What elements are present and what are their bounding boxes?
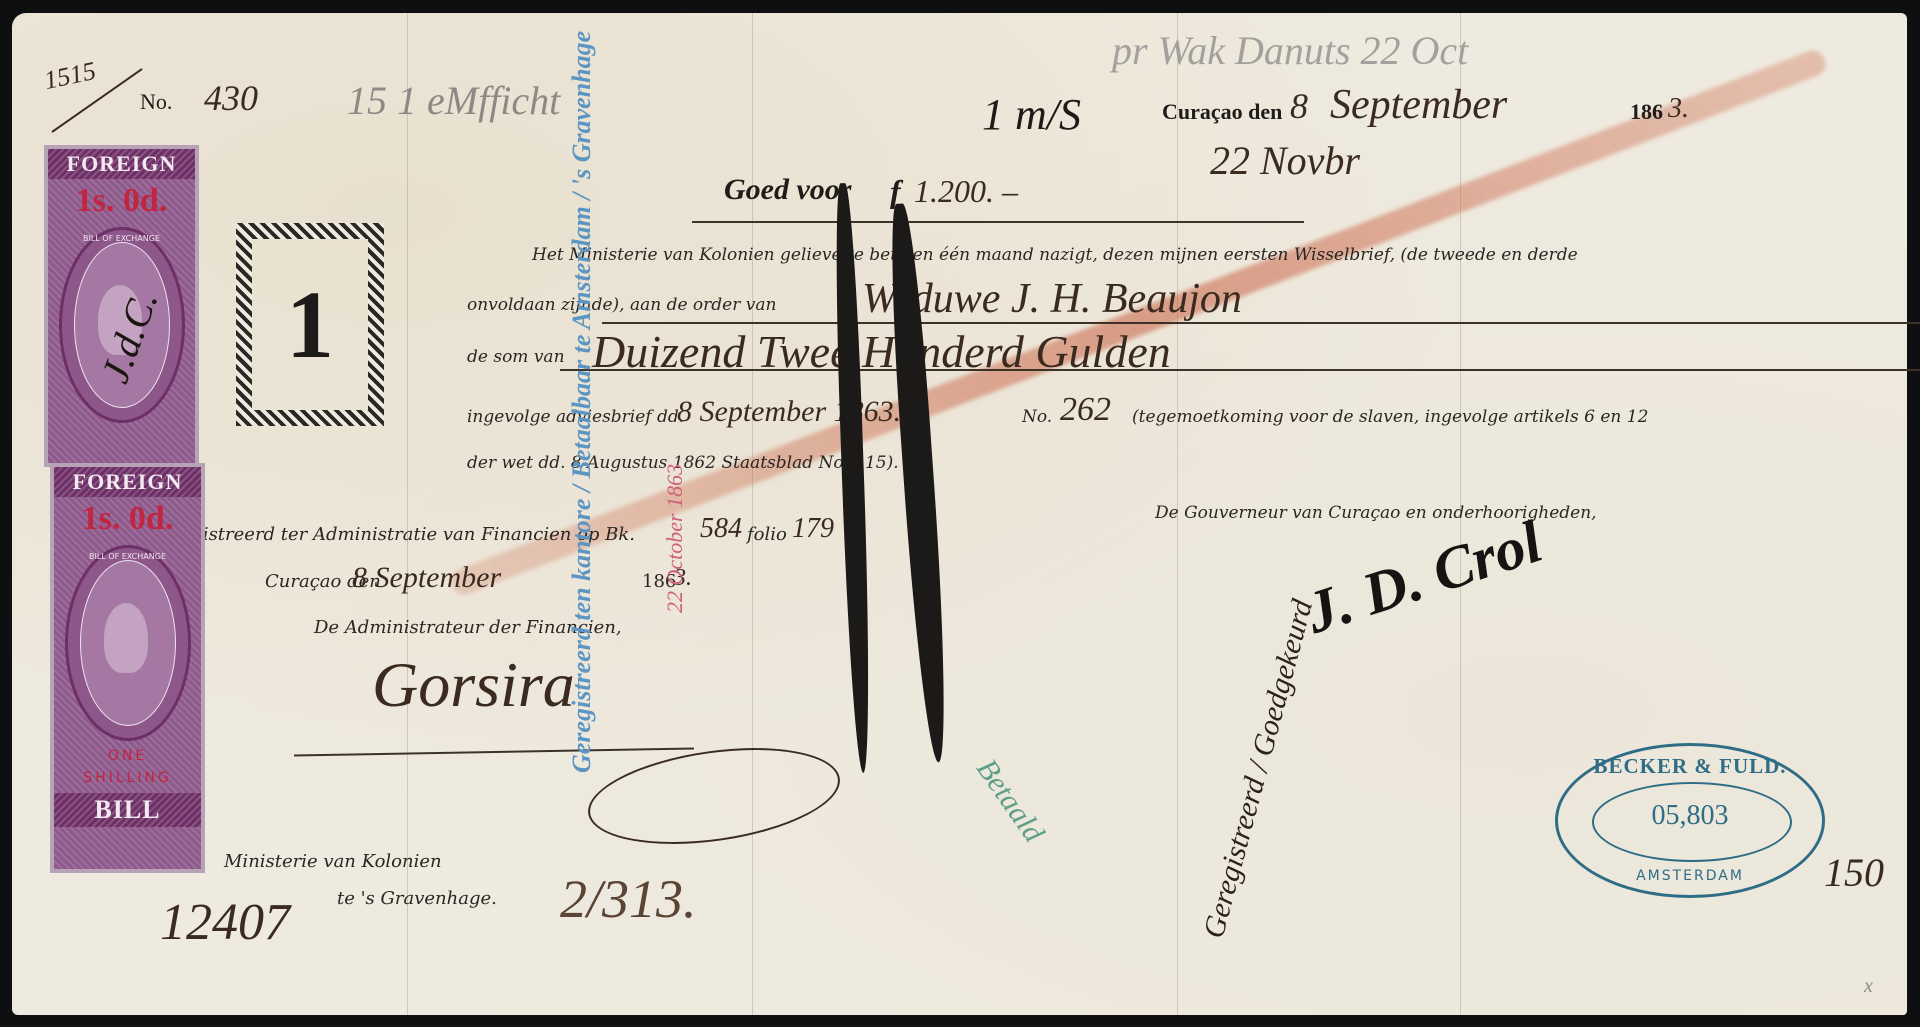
queen-portrait-oval: BILL OF EXCHANGE [65,545,191,741]
bill-of-exchange-document: 1515 No. 430 15 1 eMfficht pr Wak Danuts… [12,13,1907,1015]
company-name: BECKER & FULD. [1558,754,1822,779]
stamp-header: FOREIGN [48,149,195,179]
date-year-suffix: 3. [1668,93,1689,125]
ornament-box-first-copy: 1 [236,223,384,426]
vertical-endorsement: Geregistreerd / Goedgekeurd [1197,596,1320,942]
body-line-2-prefix: onvoldaan zijnde), aan de order van [467,295,776,315]
registration-folio-label: folio [747,524,787,545]
stamp-word-shilling: SHILLING [54,767,201,789]
stamp-word-one: ONE [54,745,201,767]
received-note: 22 Novbr [1210,137,1360,184]
advice-no: 262 [1060,391,1111,429]
becker-fuld-company-stamp: BECKER & FULD. 05,803 AMSTERDAM [1555,743,1825,898]
ink-oval-flourish [582,734,846,858]
ms-note: 1 m/S [982,89,1081,140]
sum-underline [560,369,1920,371]
middle-reference-number: 2/313. [560,868,697,930]
place-date-printed: Curaçao den [1162,99,1282,125]
advice-date: 8 September 1863. [677,395,901,429]
number-value: 430 [204,77,258,119]
registration-date: 8 September [352,561,501,595]
administrator-signature: Gorsira [372,648,575,722]
payee-underline [602,322,1920,324]
fold-line [752,13,753,1015]
administrator-signature-flourish [294,748,694,756]
corner-note: 1515 [41,56,98,96]
stamp-header: FOREIGN [54,467,201,497]
addressee-line-1: Ministerie van Kolonien [224,851,442,872]
pencil-note-top: pr Wak Danuts 22 Oct [1112,27,1468,74]
left-reference-number: 12407 [160,893,290,952]
body-line-1: Het Ministerie van Kolonien gelieve te b… [532,245,1578,265]
body-line-4-suffix: (tegemoetkoming voor de slaven, ingevolg… [1132,407,1648,427]
right-reference-number: 150 [1824,849,1884,896]
blue-endorsement: Geregistreerd ten kantore / Betaalbaar t… [567,31,597,773]
stamp-footer: BILL [54,793,201,827]
advice-no-label: No. [1022,407,1052,427]
registration-book-no: 584 [700,513,742,545]
red-date-endorsement: 22 October 1863 [662,464,688,613]
date-year-prefix: 186 [1630,99,1663,125]
body-line-3-prefix: de som van [467,347,565,367]
governor-signature: J. D. Crol [1297,507,1550,648]
amount-underline [692,221,1304,223]
queen-head-icon [104,603,148,673]
revenue-stamp-2: FOREIGN 1s. 0d. BILL OF EXCHANGE ONE SHI… [50,463,205,873]
registration-line-1: Geregistreerd ter Administratie van Fina… [147,524,635,545]
amount-label: Goed voor [724,173,851,207]
stamp-value: 1s. 0d. [54,497,201,541]
copy-number: 1 [286,269,334,380]
stamp-value: 1s. 0d. [48,179,195,223]
amount-value: 1.200. – [914,173,1018,210]
pencil-note-left: 15 1 eMfficht [347,77,560,124]
black-cancel-stroke [832,183,875,773]
number-label: No. [140,89,172,115]
corner-mark: x [1864,975,1873,998]
date-month: September [1330,81,1507,129]
company-city: AMSTERDAM [1558,868,1822,884]
registration-folio-no: 179 [792,513,834,545]
addressee-line-2: te 's Gravenhage. [337,888,497,909]
green-endorsement: Betaald [969,753,1050,849]
date-day: 8 [1290,85,1308,127]
company-number: 05,803 [1558,800,1822,832]
